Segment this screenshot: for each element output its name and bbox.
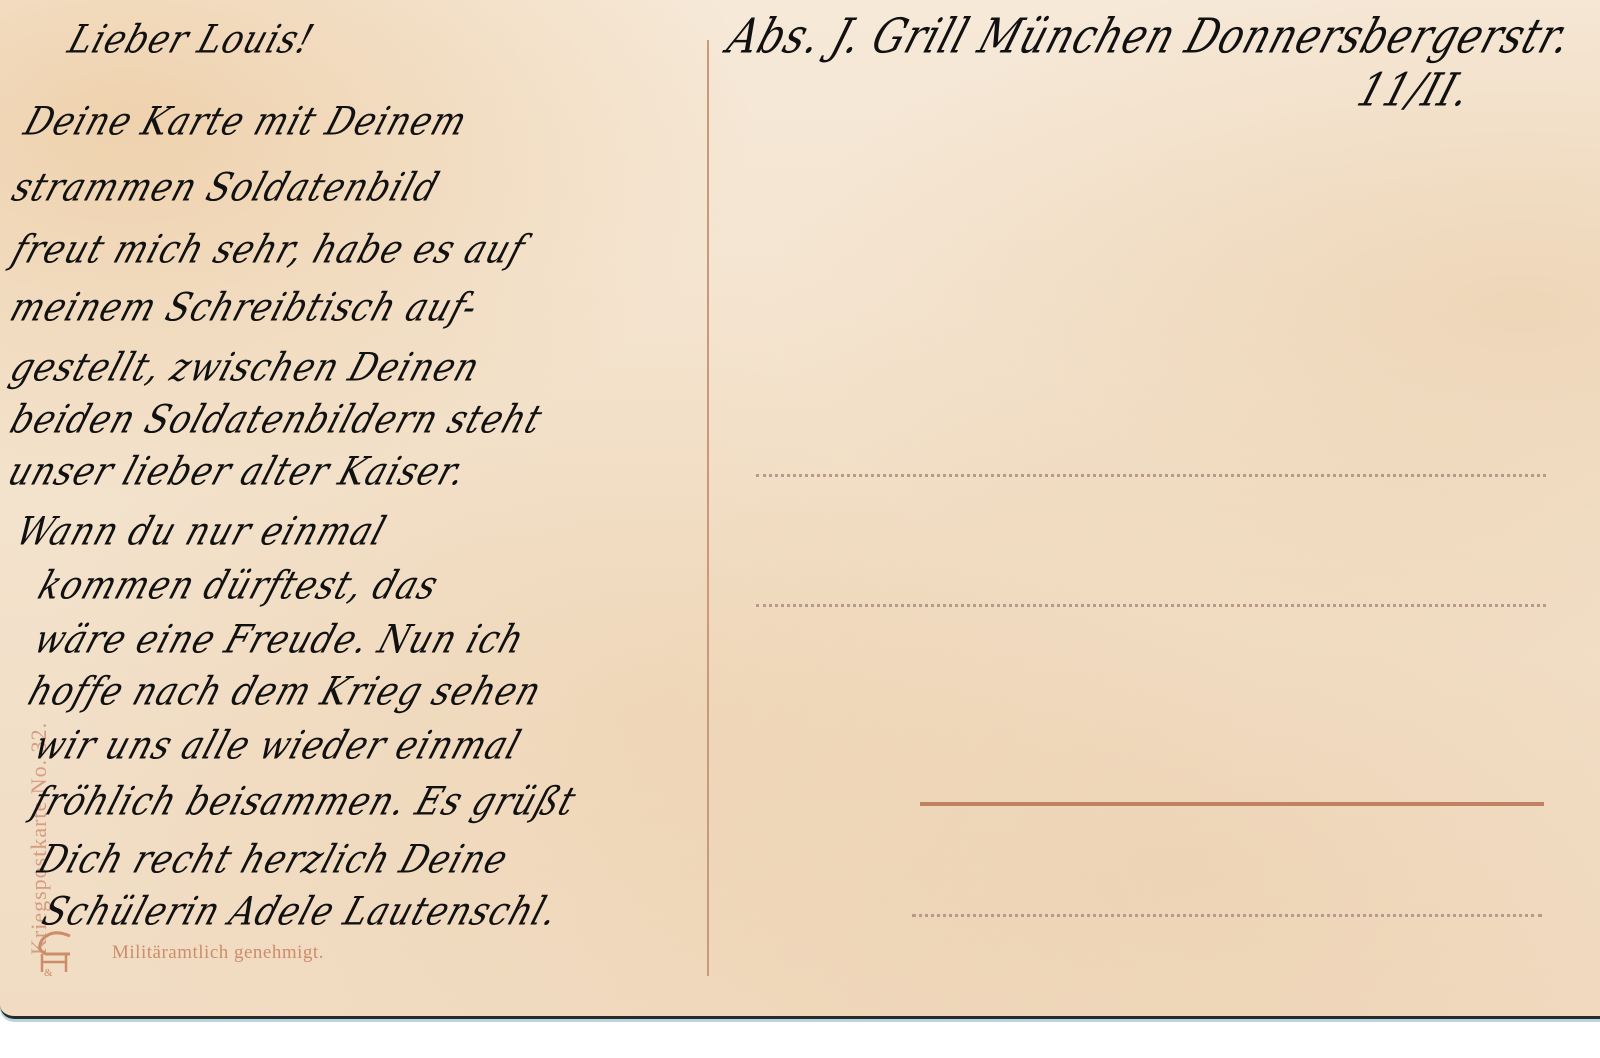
message-line: Wann du nur einmal (11, 509, 392, 555)
address-line-1 (756, 474, 1546, 477)
message-line: unser lieber alter Kaiser. (3, 449, 473, 495)
message-line: fröhlich beisammen. Es grüßt (27, 779, 583, 825)
message-line: meinem Schreibtisch auf- (5, 285, 484, 331)
message-line-signature: Schülerin Adele Lautenschl. (37, 889, 565, 935)
address-rule (920, 802, 1544, 806)
sender-address-floor: 11/II. (1351, 64, 1477, 117)
address-line-3 (912, 914, 1542, 917)
message-line: wir uns alle wieder einmal (29, 723, 527, 769)
message-line: Deine Karte mit Deinem (19, 99, 474, 145)
message-line: wäre eine Freude. Nun ich (29, 617, 531, 663)
message-line: Dich recht herzlich Deine (33, 837, 515, 883)
publisher-monogram-icon: & (32, 928, 82, 978)
center-divider (707, 40, 709, 976)
approval-note: Militäramtlich genehmigt. (112, 942, 324, 964)
address-line-2 (756, 604, 1546, 607)
message-line: strammen Soldatenbild (7, 165, 446, 211)
message-line: freut mich sehr, habe es auf (7, 227, 532, 273)
message-line: hoffe nach dem Krieg sehen (23, 669, 548, 715)
message-line: gestellt, zwischen Deinen (5, 345, 486, 391)
sender-address: Abs. J. Grill München Donnersbergerstr. (721, 9, 1579, 64)
message-line-salutation: Lieber Louis! (63, 17, 320, 63)
svg-text:&: & (44, 967, 53, 978)
postcard: Kriegspostkarte No. 32. Lieber Louis! De… (0, 0, 1600, 1019)
message-line: beiden Soldatenbildern steht (5, 397, 549, 443)
message-line: kommen dürftest, das (33, 563, 445, 609)
